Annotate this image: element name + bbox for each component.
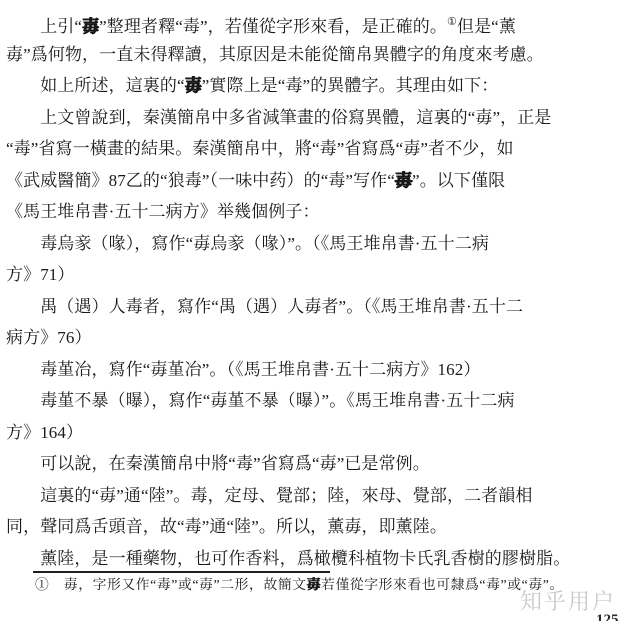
text-segment: ”實際上是“毒”的異體字。其理由如下： bbox=[202, 76, 499, 95]
brush-small-glyph: 毐 bbox=[307, 577, 321, 592]
text-segment: ”。以下僅限 bbox=[412, 171, 505, 190]
text-line: 禺（遇）人毒者，寫作“禺（遇）人毐者”。（《馬王堆帛書·五十二 bbox=[6, 291, 623, 323]
text-segment: 如上所述，這裏的“ bbox=[6, 76, 185, 95]
text-line: “毒”省寫一橫畫的結果。秦漢簡帛中，將“毒”省寫爲“毐”者不少，如 bbox=[6, 133, 623, 165]
text-line: 病方》76） bbox=[6, 322, 623, 354]
text-line: 毒堇不暴（曝），寫作“毐堇不暴（曝）”。《馬王堆帛書·五十二病 bbox=[6, 385, 623, 417]
book-page: 上引“毐”整理者釋“毒”，若僅從字形來看，是正確的。①但是“薰毐”爲何物，一直未… bbox=[0, 0, 629, 621]
text-segment: 這裏的“毐”通“陸”。毒，定母、覺部；陸，來母、覺部，二者韻相 bbox=[6, 486, 532, 505]
page-number: 125 bbox=[596, 612, 619, 621]
text-segment: 上引“ bbox=[6, 17, 82, 36]
body-text: 上引“毐”整理者釋“毒”，若僅從字形來看，是正確的。①但是“薰毐”爲何物，一直未… bbox=[6, 7, 623, 574]
text-line: 這裏的“毐”通“陸”。毒，定母、覺部；陸，來母、覺部，二者韻相 bbox=[6, 480, 623, 512]
text-segment: 可以說，在秦漢簡帛中將“毒”省寫爲“毐”已是常例。 bbox=[6, 454, 430, 473]
text-segment: ”整理者釋“毒”，若僅從字形來看，是正確的。 bbox=[99, 17, 447, 36]
text-segment: 方》71） bbox=[6, 265, 75, 284]
text-segment: 薰陸，是一種藥物，也可作香料，爲橄欖科植物卡氏乳香樹的膠樹脂。 bbox=[6, 549, 570, 568]
text-segment: 病方》76） bbox=[6, 328, 92, 347]
text-segment: 禺（遇）人毒者，寫作“禺（遇）人毐者”。（《馬王堆帛書·五十二 bbox=[6, 297, 523, 316]
text-line: 方》71） bbox=[6, 259, 623, 291]
text-line: 可以說，在秦漢簡帛中將“毒”省寫爲“毐”已是常例。 bbox=[6, 448, 623, 480]
text-segment: ① 毐，字形又作“毒”或“毐”二形，故簡文 bbox=[35, 577, 307, 592]
text-line: 《武威醫簡》87乙的“狼毒”（一味中药）的“毒”写作“毐”。以下僅限 bbox=[6, 165, 623, 197]
text-line: 《馬王堆帛書·五十二病方》举幾個例子： bbox=[6, 196, 623, 228]
text-segment: “毒”省寫一橫畫的結果。秦漢簡帛中，將“毒”省寫爲“毐”者不少，如 bbox=[6, 139, 514, 158]
brush-glyph: 毐 bbox=[185, 76, 202, 95]
text-segment: 《武威醫簡》87乙的“狼毒”（一味中药）的“毒”写作“ bbox=[6, 171, 395, 190]
text-line: 毐”爲何物，一直未得釋讀，其原因是未能從簡帛異體字的角度來考慮。 bbox=[6, 39, 623, 71]
text-segment: 毒堇不暴（曝），寫作“毐堇不暴（曝）”。《馬王堆帛書·五十二病 bbox=[6, 391, 515, 410]
text-line: 毒烏豙（喙），寫作“毐烏豙（喙）”。（《馬王堆帛書·五十二病 bbox=[6, 228, 623, 260]
brush-strike-glyph: 毐 bbox=[395, 171, 412, 190]
text-line: 方》164） bbox=[6, 417, 623, 449]
brush-glyph: 毐 bbox=[82, 17, 99, 36]
text-line: 同，聲同爲舌頭音，故“毒”通“陸”。所以，薰毐，即薰陸。 bbox=[6, 511, 623, 543]
text-line: 薰陸，是一種藥物，也可作香料，爲橄欖科植物卡氏乳香樹的膠樹脂。 bbox=[6, 543, 623, 575]
text-segment: 上文曾說到，秦漢簡帛中多省減筆畫的俗寫異體，這裏的“毐”，正是 bbox=[6, 108, 551, 127]
text-segment: 《馬王堆帛書·五十二病方》举幾個例子： bbox=[6, 202, 320, 221]
text-segment: 毐”爲何物，一直未得釋讀，其原因是未能從簡帛異體字的角度來考慮。 bbox=[6, 45, 544, 64]
text-line: 上文曾說到，秦漢簡帛中多省減筆畫的俗寫異體，這裏的“毐”，正是 bbox=[6, 102, 623, 134]
text-segment: 同，聲同爲舌頭音，故“毒”通“陸”。所以，薰毐，即薰陸。 bbox=[6, 517, 447, 536]
text-segment: 方》164） bbox=[6, 423, 83, 442]
text-line: 毒堇冶，寫作“毐堇冶”。（《馬王堆帛書·五十二病方》162） bbox=[6, 354, 623, 386]
text-segment: 但是“薰 bbox=[457, 17, 516, 36]
text-line: 上引“毐”整理者釋“毒”，若僅從字形來看，是正確的。①但是“薰 bbox=[6, 7, 623, 39]
footnote-divider bbox=[33, 571, 330, 573]
text-segment: 毒堇冶，寫作“毐堇冶”。（《馬王堆帛書·五十二病方》162） bbox=[6, 360, 480, 379]
sup-glyph: ① bbox=[447, 16, 457, 28]
text-line: 如上所述，這裏的“毐”實際上是“毒”的異體字。其理由如下： bbox=[6, 70, 623, 102]
text-segment: 毒烏豙（喙），寫作“毐烏豙（喙）”。（《馬王堆帛書·五十二病 bbox=[6, 234, 489, 253]
